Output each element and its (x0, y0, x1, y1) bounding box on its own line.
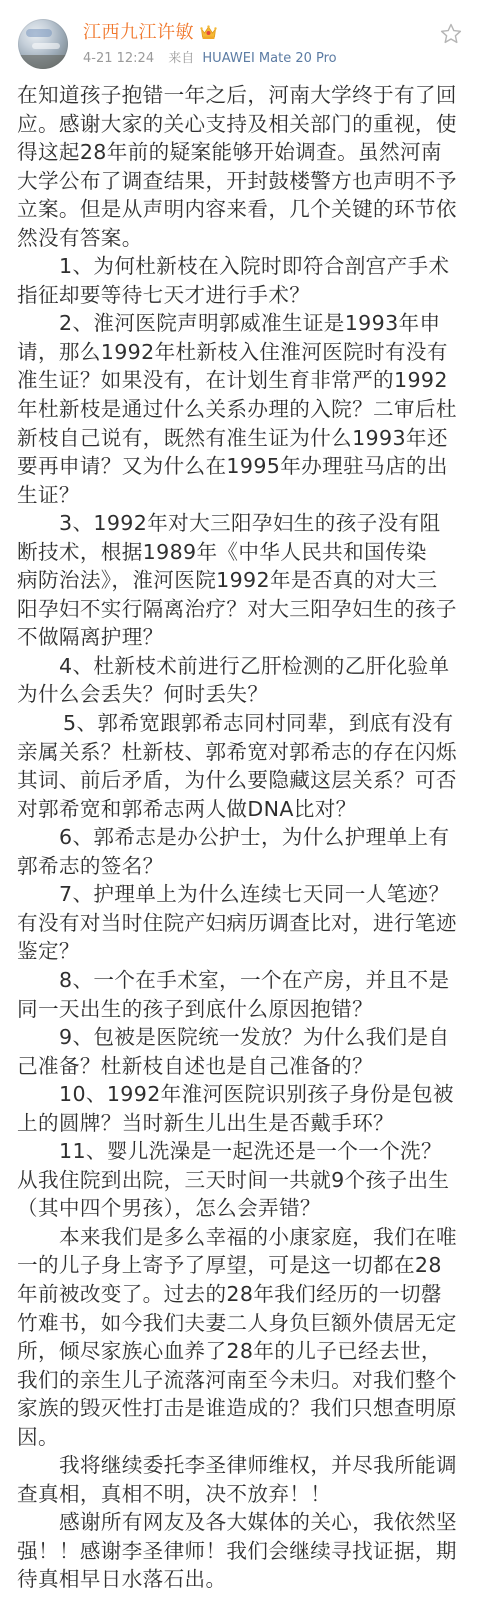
body-line: 得这起28年前的疑案能够开始调查。虽然河南 (17, 138, 467, 167)
question-8: 8、一个在手术室，一个在产房，并且不是 (17, 966, 467, 995)
body-line: 一的儿子身上寄予了厚望，可是这一切都在28 (17, 1251, 467, 1280)
question-2: 2、淮河医院声明郭威准生证是1993年申 (17, 309, 467, 338)
post-time: 4-21 12:24 (83, 51, 154, 66)
question-9: 9、包被是医院统一发放？为什么我们是自 (17, 1023, 467, 1052)
body-line: （其中四个男孩），怎么会弄错？ (17, 1194, 467, 1223)
body-line: 断技术，根据1989年《中华人民共和国传染 (17, 538, 467, 567)
post-body: 在知道孩子抱错一年之后，河南大学终于有了回 应。感谢大家的关心支持及相关部门的重… (17, 81, 467, 1594)
body-line: 我们的亲生儿子流落河南至今未归。对我们整个 (17, 1366, 467, 1395)
source-label: 来自 (168, 51, 194, 66)
body-line: 病防治法》，淮河医院1992年是否真的对大三 (17, 566, 467, 595)
body-line: 竹难书，如今我们夫妻二人身负巨额外债居无定 (17, 1309, 467, 1338)
question-6: 6、郭希志是办公护士，为什么护理单上有 (17, 823, 467, 852)
body-line: 同一天出生的孩子到底什么原因抱错？ (17, 995, 467, 1024)
body-line: 查真相，真相不明，决不放弃！！ (17, 1480, 467, 1509)
avatar[interactable] (18, 19, 68, 69)
body-line: 生证？ (17, 481, 467, 510)
paragraph-start: 我将继续委托李圣律师维权，并尽我所能调 (17, 1451, 467, 1480)
crown-icon (200, 25, 217, 40)
post-header: 江西九江许敏 4-21 12:24 来自 HUAWEI Mate 20 Pro (0, 0, 480, 76)
question-10: 10、1992年淮河医院识别孩子身份是包被 (17, 1080, 467, 1109)
author-row: 江西九江许敏 (83, 20, 217, 46)
question-5: 5、郭希宽跟郭希志同村同辈，到底有没有 (17, 709, 467, 738)
body-line: 郭希志的签名？ (17, 852, 467, 881)
body-line: 亲属关系？杜新枝、郭希宽对郭希志的存在闪烁 (17, 738, 467, 767)
body-line: 强！！感谢李圣律师！我们会继续寻找证据，期 (17, 1537, 467, 1566)
body-line: 指征却要等待七天才进行手术？ (17, 281, 467, 310)
question-11: 11、婴儿洗澡是一起洗还是一个一个洗？ (17, 1137, 467, 1166)
star-icon[interactable] (439, 22, 463, 46)
body-line: 应。感谢大家的关心支持及相关部门的重视，使 (17, 110, 467, 139)
body-line: 大学公布了调查结果，开封鼓楼警方也声明不予 (17, 167, 467, 196)
body-line: 然没有答案。 (17, 224, 467, 253)
body-line: 在知道孩子抱错一年之后，河南大学终于有了回 (17, 81, 467, 110)
body-line: 家族的毁灭性打击是谁造成的？我们只想查明原 (17, 1394, 467, 1423)
question-7: 7、护理单上为什么连续七天同一人笔迹？ (17, 880, 467, 909)
question-1: 1、为何杜新枝在入院时即符合剖宫产手术 (17, 252, 467, 281)
body-line: 年杜新枝是通过什么关系办理的入院？二审后杜 (17, 395, 467, 424)
body-line: 其词、前后矛盾，为什么要隐藏这层关系？可否 (17, 766, 467, 795)
author-name[interactable]: 江西九江许敏 (83, 20, 194, 46)
body-line: 准生证？如果没有，在计划生育非常严的1992 (17, 366, 467, 395)
avatar-cloud (26, 29, 52, 37)
weibo-post: 江西九江许敏 4-21 12:24 来自 HUAWEI Mate 20 Pro (0, 0, 480, 1623)
body-line: 待真相早日水落石出。 (17, 1565, 467, 1594)
body-line: 上的圆牌？当时新生儿出生是否戴手环？ (17, 1109, 467, 1138)
body-line: 阳孕妇不实行隔离治疗？对大三阳孕妇生的孩子 (17, 595, 467, 624)
paragraph-start: 感谢所有网友及各大媒体的关心，我依然坚 (17, 1508, 467, 1537)
body-line: 从我住院到出院，三天时间一共就9个孩子出生 (17, 1166, 467, 1195)
question-3: 3、1992年对大三阳孕妇生的孩子没有阻 (17, 509, 467, 538)
avatar-cloud-light (32, 43, 60, 49)
body-line: 己准备？杜新枝自述也是自己准备的？ (17, 1052, 467, 1081)
question-4: 4、杜新枝术前进行乙肝检测的乙肝化验单 (17, 652, 467, 681)
paragraph-start: 本来我们是多么幸福的小康家庭，我们在唯 (17, 1223, 467, 1252)
body-line: 要再申请？又为什么在1995年办理驻马店的出 (17, 452, 467, 481)
body-line: 立案。但是从声明内容来看，几个关键的环节依 (17, 195, 467, 224)
body-line: 所，倾尽家族心血养了28年的儿子已经去世， (17, 1337, 467, 1366)
body-line: 为什么会丢失？何时丢失？ (17, 680, 467, 709)
body-line: 请，那么1992年杜新枝入住淮河医院时有没有 (17, 338, 467, 367)
avatar-ground (18, 55, 68, 69)
post-meta: 4-21 12:24 来自 HUAWEI Mate 20 Pro (83, 50, 337, 68)
body-line: 新枝自己说有，既然有准生证为什么1993年还 (17, 424, 467, 453)
body-line: 年前被改变了。过去的28年我们经历的一切罄 (17, 1280, 467, 1309)
source-device-link[interactable]: HUAWEI Mate 20 Pro (202, 51, 336, 66)
body-line: 因。 (17, 1423, 467, 1452)
body-line: 不做隔离护理？ (17, 623, 467, 652)
body-line: 对郭希宽和郭希志两人做DNA比对？ (17, 795, 467, 824)
body-line: 鉴定？ (17, 937, 467, 966)
body-line: 有没有对当时住院产妇病历调查比对，进行笔迹 (17, 909, 467, 938)
